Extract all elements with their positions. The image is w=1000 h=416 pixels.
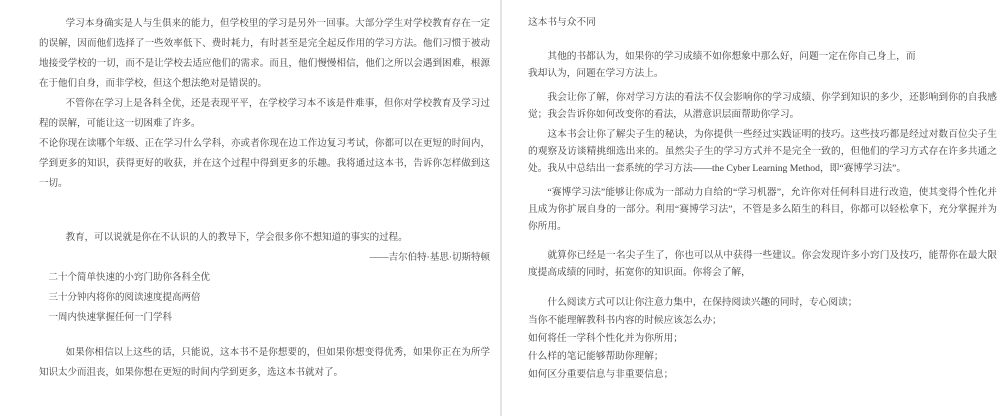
slogan-line-3: 一周内快速掌握任何一门学科 <box>39 308 490 328</box>
benefit-list: 什么阅读方式可以让你注意力集中，在保持阅读兴趣的同时，专心阅读； 当你不能理解教… <box>528 294 997 383</box>
benefit-list-item: 如何区分重要信息与非重要信息； <box>528 366 997 383</box>
quote-attribution: ——吉尔伯特·基思·切斯特顿 <box>39 248 490 268</box>
right-paragraph-4: “赛博学习法”能够让你成为一部动力自给的“学习机器”，允许你对任何科目进行改造，… <box>528 184 997 235</box>
left-paragraph-3: 不论你现在读哪个年级、正在学习什么学科，亦或者你现在边工作边复习考试，你都可以在… <box>39 134 490 194</box>
left-paragraph-1: 学习本身确实是人与生俱来的能力，但学校里的学习是另外一回事。大部分学生对学校教育… <box>39 14 490 94</box>
right-paragraph-1: 其他的书都认为，如果你的学习成绩不如你想象中那么好，问题一定在你自己身上，而我却… <box>528 48 997 82</box>
benefit-list-item: 当你不能理解教科书内容的时候应该怎么办； <box>528 312 997 329</box>
quote-paragraph: 教育，可以说就是你在不认识的人的教导下，学会很多你不想知道的事实的过程。 <box>39 228 490 248</box>
right-paragraph-5: 就算你已经是一名尖子生了，你也可以从中获得一些建议。你会发现许多小窍门及技巧，能… <box>528 247 997 281</box>
right-paragraph-2: 我会让你了解，你对学习方法的看法不仅会影响你的学习成绩、你学到知识的多少，还影响… <box>528 89 997 123</box>
benefit-list-item: 如何将任一学科个性化并为你所用； <box>528 330 997 347</box>
book-spread: 学习本身确实是人与生俱来的能力，但学校里的学习是另外一回事。大部分学生对学校教育… <box>0 0 1000 416</box>
right-page: 这本书与众不同 其他的书都认为，如果你的学习成绩不如你想象中那么好，问题一定在你… <box>500 0 1000 416</box>
benefit-list-item: 什么样的笔记能够帮助你理解； <box>528 348 997 365</box>
right-paragraph-1-line-1: 其他的书都认为，如果你的学习成绩不如你想象中那么好，问题一定在你自己身上，而 <box>547 51 915 62</box>
right-paragraph-1-line-2: 我却认为，问题在学习方法上。 <box>528 68 664 79</box>
slogan-line-1: 二十个简单快速的小窍门助你各科全优 <box>39 268 490 288</box>
right-paragraph-3: 这本书会让你了解尖子生的秘诀，为你提供一些经过实践证明的技巧。这些技巧都是经过对… <box>528 126 997 177</box>
chapter-heading: 这本书与众不同 <box>528 14 997 31</box>
left-page: 学习本身确实是人与生俱来的能力，但学校里的学习是另外一回事。大部分学生对学校教育… <box>0 0 500 416</box>
benefit-list-item: 什么阅读方式可以让你注意力集中，在保持阅读兴趣的同时，专心阅读； <box>528 294 997 311</box>
slogan-line-2: 三十分钟内将你的阅读速度提高两倍 <box>39 288 490 308</box>
left-paragraph-2: 不管你在学习上是各科全优，还是表现平平，在学校学习本不该是件难事，但你对学校教育… <box>39 94 490 134</box>
left-paragraph-4: 如果你相信以上这些的话，只能说，这本书不是你想要的，但如果你想变得优秀，如果你正… <box>39 343 490 383</box>
